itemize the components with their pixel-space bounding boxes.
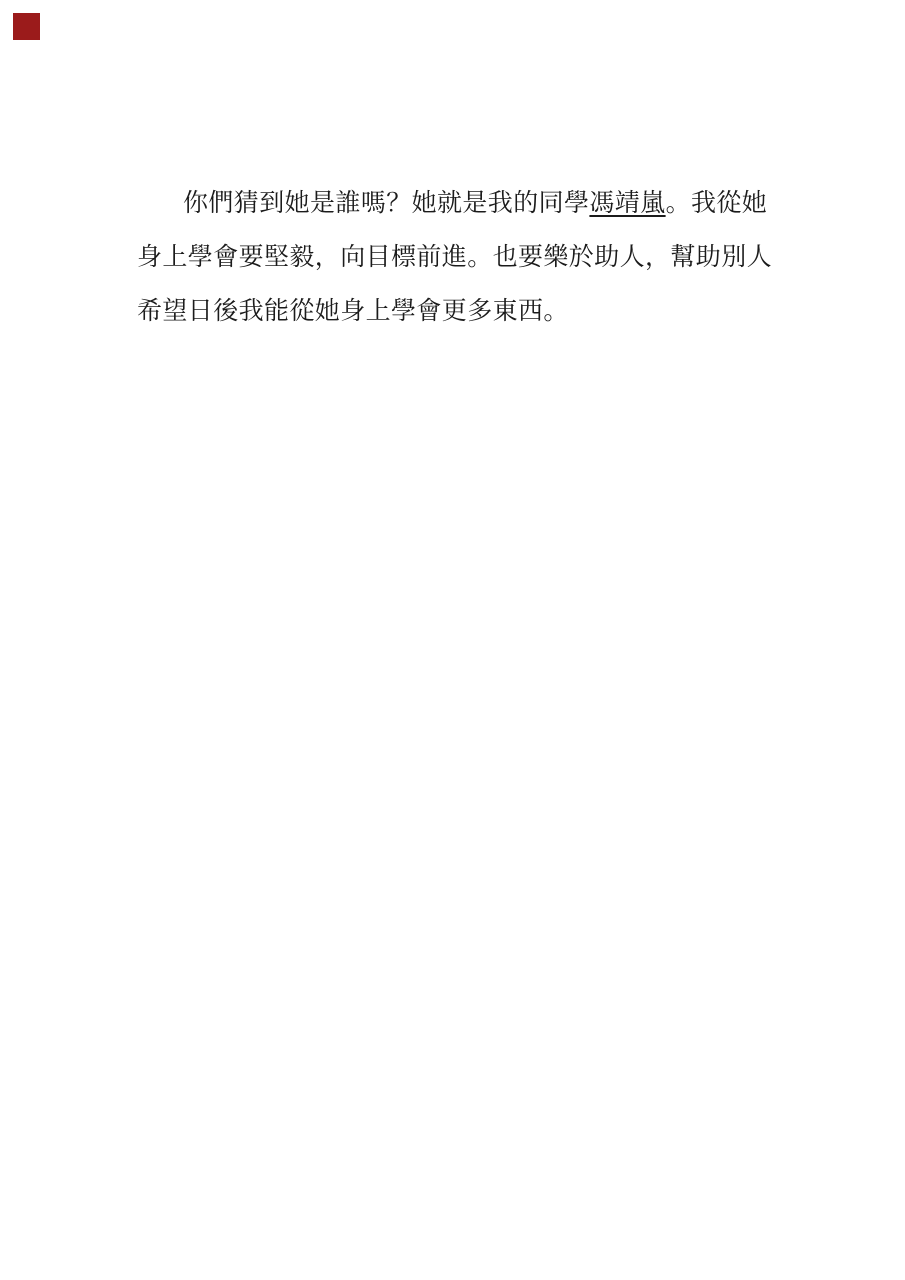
line1-text-post: 。我從她 (666, 189, 768, 217)
line1-text-pre: 你們猜到她是誰嗎？她就是我的同學 (183, 189, 589, 217)
text-line-1: 你們猜到她是誰嗎？她就是我的同學馮靖嵐。我從她 (137, 176, 797, 230)
paragraph: 你們猜到她是誰嗎？她就是我的同學馮靖嵐。我從她 身上學會要堅毅，向目標前進。也要… (137, 176, 797, 338)
red-square-mark (13, 13, 40, 40)
text-line-3: 希望日後我能從她身上學會更多東西。 (137, 284, 797, 338)
text-line-2: 身上學會要堅毅，向目標前進。也要樂於助人，幫助別人 (137, 230, 797, 284)
underlined-classmate-name: 馮靖嵐 (589, 189, 665, 217)
document-page: 你們猜到她是誰嗎？她就是我的同學馮靖嵐。我從她 身上學會要堅毅，向目標前進。也要… (0, 0, 905, 1280)
